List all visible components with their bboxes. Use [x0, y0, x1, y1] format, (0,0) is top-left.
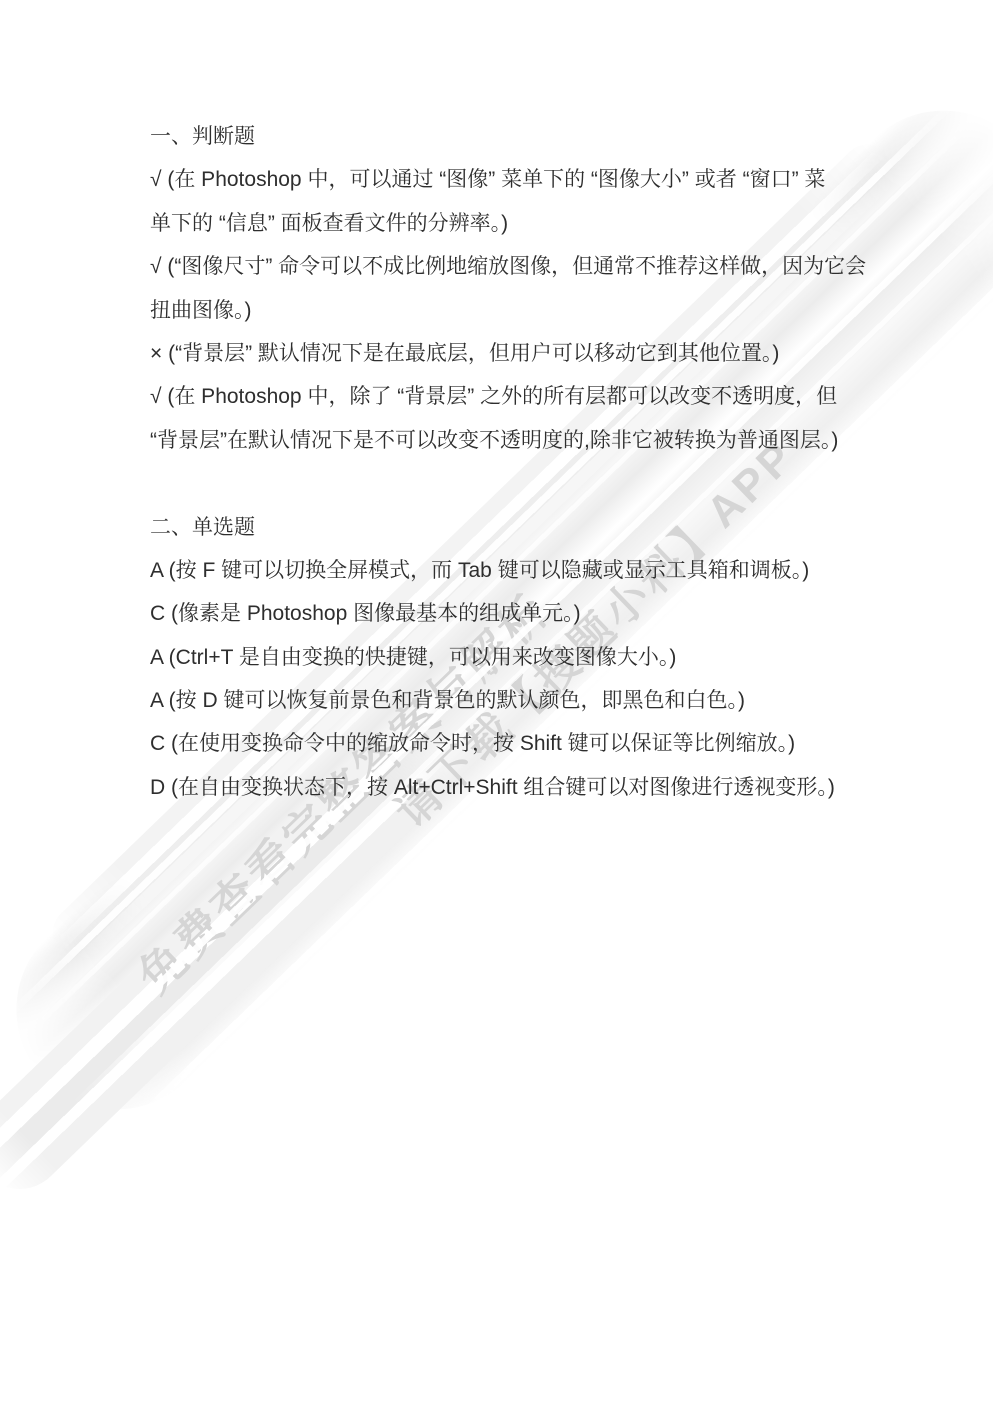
answer-line: 单下的 “信息” 面板查看文件的分辨率。): [150, 202, 930, 245]
document-page: 免费查看完整答案与解析 请下载【搜题小料】APP 一、判断题 √ (在 Phot…: [0, 0, 993, 1404]
answer-line: 扭曲图像。): [150, 289, 930, 332]
section-title-single-choice: 二、单选题: [150, 506, 930, 549]
answer-sheet: 一、判断题 √ (在 Photoshop 中，可以通过 “图像” 菜单下的 “图…: [150, 115, 930, 809]
answer-line: √ (在 Photoshop 中，除了 “背景层” 之外的所有层都可以改变不透明…: [150, 375, 930, 418]
answer-line: C (像素是 Photoshop 图像最基本的组成单元。): [150, 592, 930, 635]
answer-line: “背景层”在默认情况下是不可以改变不透明度的,除非它被转换为普通图层。): [150, 419, 930, 462]
section-title-true-false: 一、判断题: [150, 115, 930, 158]
answer-line: × (“背景层” 默认情况下是在最底层，但用户可以移动它到其他位置。): [150, 332, 930, 375]
answer-line: D (在自由变换状态下，按 Alt+Ctrl+Shift 组合键可以对图像进行透…: [150, 766, 930, 809]
answer-line: √ (“图像尺寸” 命令可以不成比例地缩放图像，但通常不推荐这样做，因为它会: [150, 245, 930, 288]
blank-line: [150, 462, 930, 505]
answer-line: √ (在 Photoshop 中，可以通过 “图像” 菜单下的 “图像大小” 或…: [150, 158, 930, 201]
answer-line: C (在使用变换命令中的缩放命令时，按 Shift 键可以保证等比例缩放。): [150, 722, 930, 765]
answer-line: A (Ctrl+T 是自由变换的快捷键，可以用来改变图像大小。): [150, 636, 930, 679]
answer-line: A (按 F 键可以切换全屏模式，而 Tab 键可以隐藏或显示工具箱和调板。): [150, 549, 930, 592]
answer-line: A (按 D 键可以恢复前景色和背景色的默认颜色，即黑色和白色。): [150, 679, 930, 722]
